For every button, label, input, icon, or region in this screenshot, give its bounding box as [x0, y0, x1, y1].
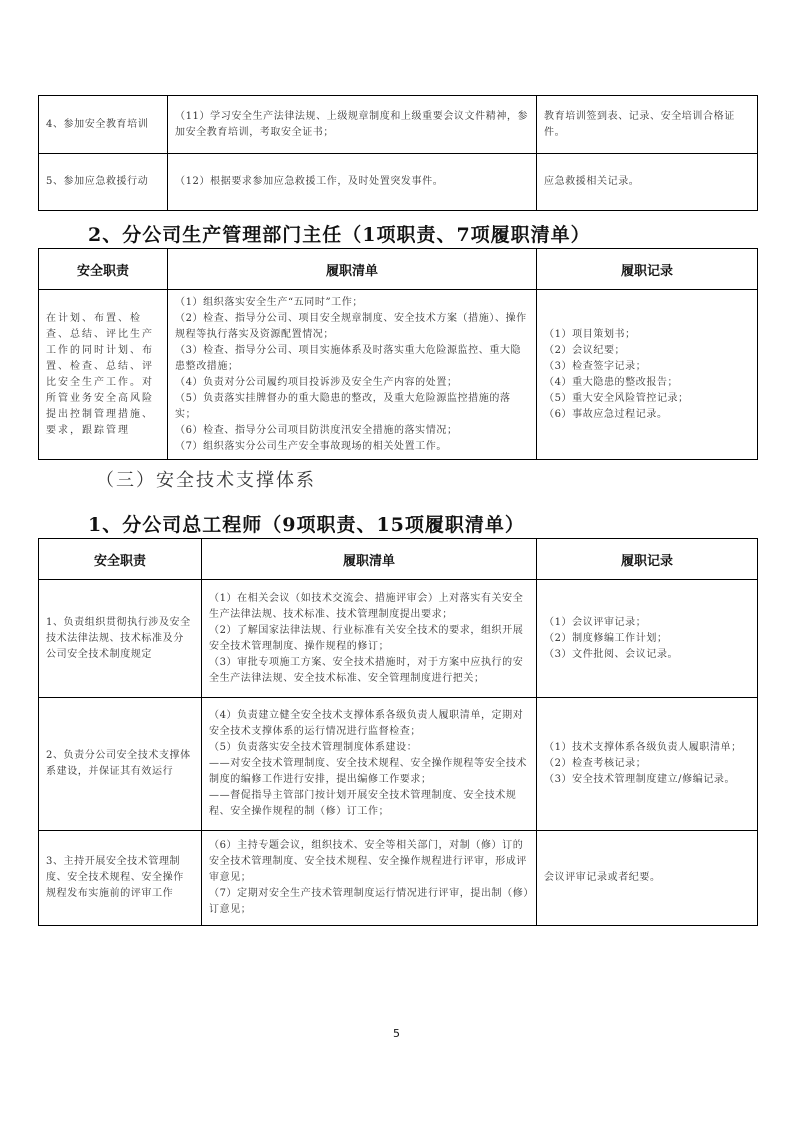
duty-cell: 3、主持开展安全技术管理制度、安全技术规程、安全操作规程发布实施前的评审工作	[39, 831, 202, 926]
record-item: （2）检查考核记录；	[544, 756, 750, 772]
record-cell: （1）会议评审记录； （2）制度修编工作计划； （3）文件批阅、会议记录。	[537, 580, 758, 698]
duty-table-chief-engineer: 安全职责 履职清单 履职记录 1、负责组织贯彻执行涉及安全技术法律法规、技术标准…	[38, 538, 758, 926]
record-item: （5）重大安全风险管控记录；	[544, 391, 750, 407]
list-item: （4）负责建立健全安全技术支撑体系各级负责人履职清单，定期对安全技术支撑体系的运…	[209, 708, 529, 740]
column-header-list: 履职清单	[202, 539, 537, 580]
duty-cell: 2、负责分公司安全技术支撑体系建设，并保证其有效运行	[39, 698, 202, 831]
record-item: （1）会议评审记录；	[544, 615, 750, 631]
duty-cell: 5、参加应急救援行动	[39, 154, 168, 211]
record-cell: （1）项目策划书； （2）会议纪要； （3）检查签字记录； （4）重大隐患的整改…	[537, 290, 758, 460]
record-item: （6）事故应急过程记录。	[544, 407, 750, 423]
table-header-row: 安全职责 履职清单 履职记录	[39, 249, 758, 290]
record-item: （2）制度修编工作计划；	[544, 631, 750, 647]
record-cell: （1）技术支撑体系各级负责人履职清单； （2）检查考核记录； （3）安全技术管理…	[537, 698, 758, 831]
duty-cell: 1、负责组织贯彻执行涉及安全技术法律法规、技术标准及分公司安全技术制度规定	[39, 580, 202, 698]
list-item: （3）审批专项施工方案、安全技术措施时，对于方案中应执行的安全生产法律法规、安全…	[209, 655, 529, 687]
section-heading-chief-engineer: 1、分公司总工程师（9项职责、15项履职清单）	[88, 510, 525, 537]
table-row: 5、参加应急救援行动 （12）根据要求参加应急救援工作，及时处置突发事件。 应急…	[39, 154, 758, 211]
record-item: （1）项目策划书；	[544, 327, 750, 343]
record-item: （4）重大隐患的整改报告；	[544, 375, 750, 391]
column-header-record: 履职记录	[537, 539, 758, 580]
duty-cell: 在计划、布置、检查、总结、评比生产工作的同时计划、布置、检查、总结、评比安全生产…	[39, 290, 168, 460]
list-cell: （1）在相关会议（如技术交流会、措施评审会）上对落实有关安全生产法律法规、技术标…	[202, 580, 537, 698]
list-item: （11）学习安全生产法律法规、上级规章制度和上级重要会议文件精神，参加安全教育培…	[175, 109, 529, 141]
record-cell: 应急救援相关记录。	[537, 154, 758, 211]
list-item: （5）负责落实挂牌督办的重大隐患的整改，及重大危险源监控措施的落实；	[175, 391, 529, 423]
table-row: 1、负责组织贯彻执行涉及安全技术法律法规、技术标准及分公司安全技术制度规定 （1…	[39, 580, 758, 698]
section-heading-tech-support-system: （三）安全技术支撑体系	[96, 466, 316, 492]
record-item: （3）检查签字记录；	[544, 359, 750, 375]
list-item: （7）组织落实分公司生产安全事故现场的相关处置工作。	[175, 439, 529, 455]
record-item: 应急救援相关记录。	[544, 174, 750, 190]
record-item: （3）文件批阅、会议记录。	[544, 647, 750, 663]
list-item: （6）主持专题会议，组织技术、安全等相关部门，对制（修）订的安全技术管理制度、安…	[209, 838, 529, 886]
record-item: （2）会议纪要；	[544, 343, 750, 359]
record-item: （1）技术支撑体系各级负责人履职清单；	[544, 740, 750, 756]
list-item: （7）定期对安全生产技术管理制度运行情况进行评审，提出制（修）订意见；	[209, 886, 529, 918]
record-cell: 会议评审记录或者纪要。	[537, 831, 758, 926]
table-row: 在计划、布置、检查、总结、评比生产工作的同时计划、布置、检查、总结、评比安全生产…	[39, 290, 758, 460]
list-item: （3）检查、指导分公司、项目实施体系及时落实重大危险源监控、重大隐患整改措施；	[175, 343, 529, 375]
table-row: 4、参加安全教育培训 （11）学习安全生产法律法规、上级规章制度和上级重要会议文…	[39, 96, 758, 154]
list-item: ——督促指导主管部门按计划开展安全技术管理制度、安全技术规程、安全操作规程的制（…	[209, 788, 529, 820]
list-cell: （11）学习安全生产法律法规、上级规章制度和上级重要会议文件精神，参加安全教育培…	[168, 96, 537, 154]
table-header-row: 安全职责 履职清单 履职记录	[39, 539, 758, 580]
list-item: （12）根据要求参加应急救援工作，及时处置突发事件。	[175, 174, 529, 190]
column-header-duty: 安全职责	[39, 249, 168, 290]
list-item: （4）负责对分公司履约项目投诉涉及安全生产内容的处置；	[175, 375, 529, 391]
list-cell: （4）负责建立健全安全技术支撑体系各级负责人履职清单，定期对安全技术支撑体系的运…	[202, 698, 537, 831]
table-row: 2、负责分公司安全技术支撑体系建设，并保证其有效运行 （4）负责建立健全安全技术…	[39, 698, 758, 831]
list-item: （5）负责落实安全技术管理制度体系建设：	[209, 740, 529, 756]
record-item: 教育培训签到表、记录、安全培训合格证件。	[544, 109, 750, 141]
column-header-record: 履职记录	[537, 249, 758, 290]
list-item: （6）检查、指导分公司项目防洪度汛安全措施的落实情况；	[175, 423, 529, 439]
record-item: 会议评审记录或者纪要。	[544, 870, 750, 886]
page-number: 5	[0, 1027, 793, 1040]
record-cell: 教育培训签到表、记录、安全培训合格证件。	[537, 96, 758, 154]
duty-table-production-manager: 安全职责 履职清单 履职记录 在计划、布置、检查、总结、评比生产工作的同时计划、…	[38, 248, 758, 460]
list-item: （2）了解国家法律法规、行业标准有关安全技术的要求，组织开展安全技术管理制度、操…	[209, 623, 529, 655]
section-heading-production-manager: 2、分公司生产管理部门主任（1项职责、7项履职清单）	[88, 220, 591, 247]
duty-table-continued: 4、参加安全教育培训 （11）学习安全生产法律法规、上级规章制度和上级重要会议文…	[38, 95, 758, 211]
list-item: （2）检查、指导分公司、项目安全规章制度、安全技术方案（措施）、操作规程等执行落…	[175, 311, 529, 343]
table-row: 3、主持开展安全技术管理制度、安全技术规程、安全操作规程发布实施前的评审工作 （…	[39, 831, 758, 926]
record-item: （3）安全技术管理制度建立/修编记录。	[544, 772, 750, 788]
list-cell: （6）主持专题会议，组织技术、安全等相关部门，对制（修）订的安全技术管理制度、安…	[202, 831, 537, 926]
list-item: （1）组织落实安全生产“五同时”工作；	[175, 295, 529, 311]
list-item: （1）在相关会议（如技术交流会、措施评审会）上对落实有关安全生产法律法规、技术标…	[209, 591, 529, 623]
list-cell: （1）组织落实安全生产“五同时”工作； （2）检查、指导分公司、项目安全规章制度…	[168, 290, 537, 460]
list-cell: （12）根据要求参加应急救援工作，及时处置突发事件。	[168, 154, 537, 211]
column-header-list: 履职清单	[168, 249, 537, 290]
list-item: ——对安全技术管理制度、安全技术规程、安全操作规程等安全技术制度的编修工作进行安…	[209, 756, 529, 788]
duty-cell: 4、参加安全教育培训	[39, 96, 168, 154]
column-header-duty: 安全职责	[39, 539, 202, 580]
